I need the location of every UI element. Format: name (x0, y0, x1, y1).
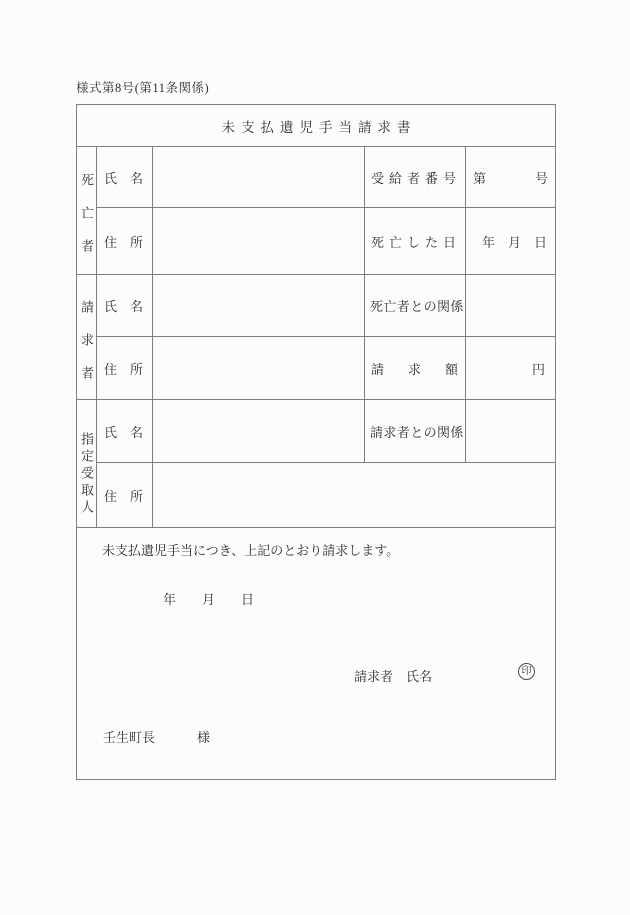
declaration-text: 未支払遺児手当につき、上記のとおり請求します。 (102, 540, 399, 559)
recipient-number-field: 第 号 (466, 147, 556, 208)
relation-to-deceased-field (466, 275, 556, 337)
claimant-category-cell: 請求者 (77, 275, 97, 400)
death-date-field: 年 月 日 (466, 208, 556, 275)
claimant-name-label: 氏 名 (97, 275, 153, 337)
addressee-line: 壬生町長 様 (103, 727, 210, 746)
relation-to-claimant-field (466, 400, 556, 463)
claimant-name-field (153, 275, 365, 337)
date-line: 年 月 日 (163, 589, 254, 608)
relation-to-deceased-label: 死亡者との関係 (365, 275, 466, 337)
recipient-number-prefix: 第 (473, 168, 486, 187)
form-number: 様式第8号(第11条関係) (76, 78, 209, 96)
claimant-signature-label: 請求者 氏名 (354, 666, 432, 685)
addressee-name: 壬生町長 (103, 727, 155, 746)
designated-recipient-name-field (153, 400, 365, 463)
deceased-address-label: 住 所 (97, 208, 153, 275)
deceased-name-field (153, 147, 365, 208)
deceased-name-label: 氏 名 (97, 147, 153, 208)
claimant-address-label: 住 所 (97, 337, 153, 400)
claim-amount-label: 請求額 (365, 337, 466, 400)
designated-recipient-address-label: 住 所 (97, 463, 153, 528)
deceased-address-field (153, 208, 365, 275)
seal-icon: 印 (518, 663, 535, 680)
designated-recipient-category-label: 指定受取人 (77, 410, 96, 517)
claim-form-table: 未支払遺児手当請求書 死亡者 氏 名 受給者番号 第 号 住 所 死亡した日 年… (76, 104, 556, 780)
designated-recipient-category-cell: 指定受取人 (77, 400, 97, 528)
claim-amount-field: 円 (466, 337, 556, 400)
declaration-section: 未支払遺児手当につき、上記のとおり請求します。 年 月 日 請求者 氏名 印 壬… (77, 528, 556, 780)
designated-recipient-name-label: 氏 名 (97, 400, 153, 463)
recipient-number-label: 受給者番号 (365, 147, 466, 208)
seal-mark: 印 (522, 667, 532, 677)
form-title: 未支払遺児手当請求書 (77, 105, 556, 147)
form-page: 様式第8号(第11条関係) 未支払遺児手当請求書 死亡者 氏 名 受給者番号 第 (0, 0, 630, 915)
claimant-category-label: 請求者 (77, 276, 96, 399)
recipient-number-suffix: 号 (535, 168, 548, 187)
addressee-honorific: 様 (197, 727, 210, 746)
designated-recipient-address-field (153, 463, 556, 528)
deceased-category-cell: 死亡者 (77, 147, 97, 275)
relation-to-claimant-label: 請求者との関係 (365, 400, 466, 463)
claimant-address-field (153, 337, 365, 400)
deceased-category-label: 死亡者 (77, 149, 96, 272)
death-date-label: 死亡した日 (365, 208, 466, 275)
